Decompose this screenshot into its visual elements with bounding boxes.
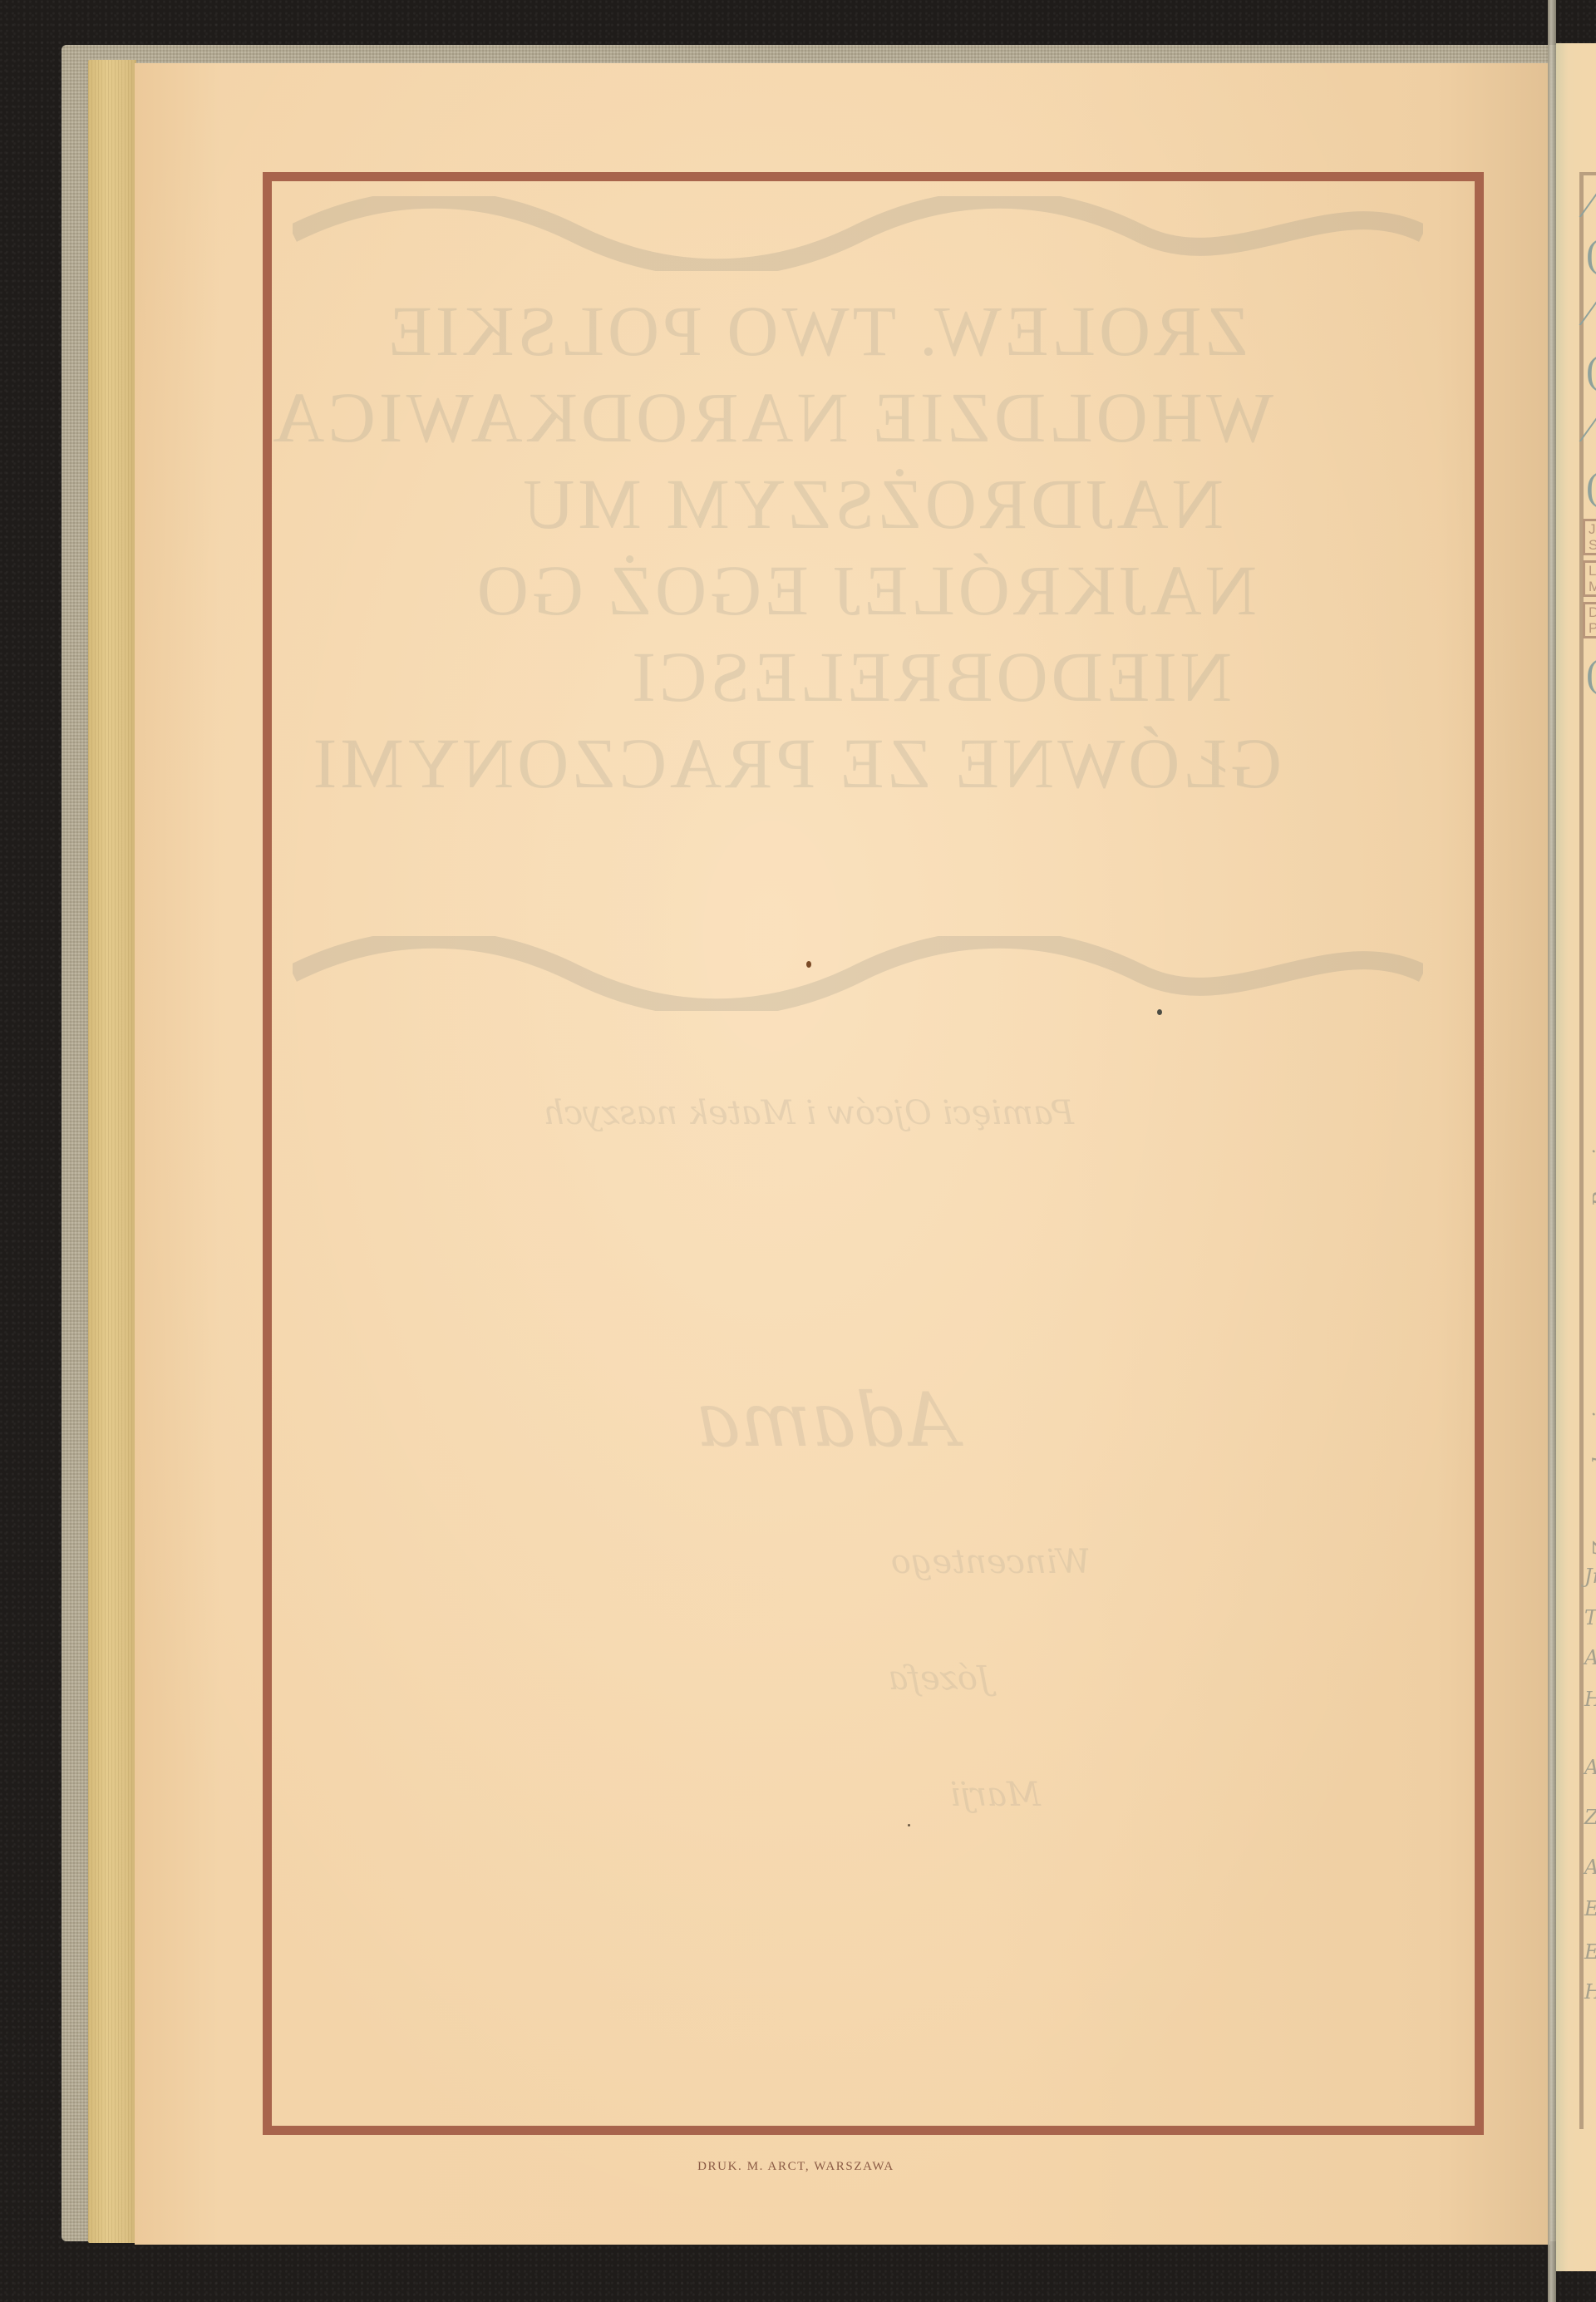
next-page-name: Teresa bbox=[1584, 1606, 1596, 1629]
next-page-vertical-script: Zgromadzeni bbox=[1589, 1412, 1596, 1556]
next-page-boxed-label: JO SZ bbox=[1583, 519, 1596, 555]
scroll-ornament-icon: ( bbox=[1586, 351, 1596, 391]
leaf-ornament-icon: ∕ bbox=[1586, 293, 1593, 333]
next-page-name: Zofja bbox=[1584, 1806, 1596, 1829]
next-page-name: Jr. bbox=[1584, 1565, 1596, 1588]
scroll-ornament-icon: ( bbox=[1586, 654, 1596, 694]
scroll-ornament-icon: ( bbox=[1586, 467, 1596, 507]
next-page-name: Helena bbox=[1584, 1688, 1596, 1711]
next-page-vertical-script: Bracia bbox=[1589, 1136, 1596, 1207]
scroll-ornament-icon: ( bbox=[1586, 234, 1596, 274]
next-page-name: Helena bbox=[1584, 1980, 1596, 2004]
next-page-strip: ∕ ( ∕ ( ∕ ( JO SZ LO MI DU PO ( Bracia Z… bbox=[1556, 43, 1596, 2271]
decorative-page-frame bbox=[263, 172, 1484, 2135]
next-page-name: Anna bbox=[1584, 1856, 1596, 1879]
printer-imprint: DRUK. M. ARCT, WARSZAWA bbox=[0, 2160, 1596, 2174]
next-page-name: Elżbieta bbox=[1584, 1940, 1596, 1964]
printer-imprint-text: DRUK. M. ARCT, WARSZAWA bbox=[697, 2160, 894, 2174]
book-gutter bbox=[1548, 0, 1556, 2302]
next-page-boxed-label: LO MI bbox=[1583, 560, 1596, 597]
leaf-ornament-icon: ∕ bbox=[1586, 409, 1593, 449]
leaf-ornament-icon: ∕ bbox=[1586, 185, 1593, 224]
next-page-name: Anna bbox=[1584, 1756, 1596, 1779]
next-page-boxed-label: DU PO bbox=[1583, 602, 1596, 638]
next-page-name: Emma bbox=[1584, 1897, 1596, 1920]
page-fore-edge-stack bbox=[88, 60, 136, 2243]
next-page-name: Anna bbox=[1584, 1646, 1596, 1669]
